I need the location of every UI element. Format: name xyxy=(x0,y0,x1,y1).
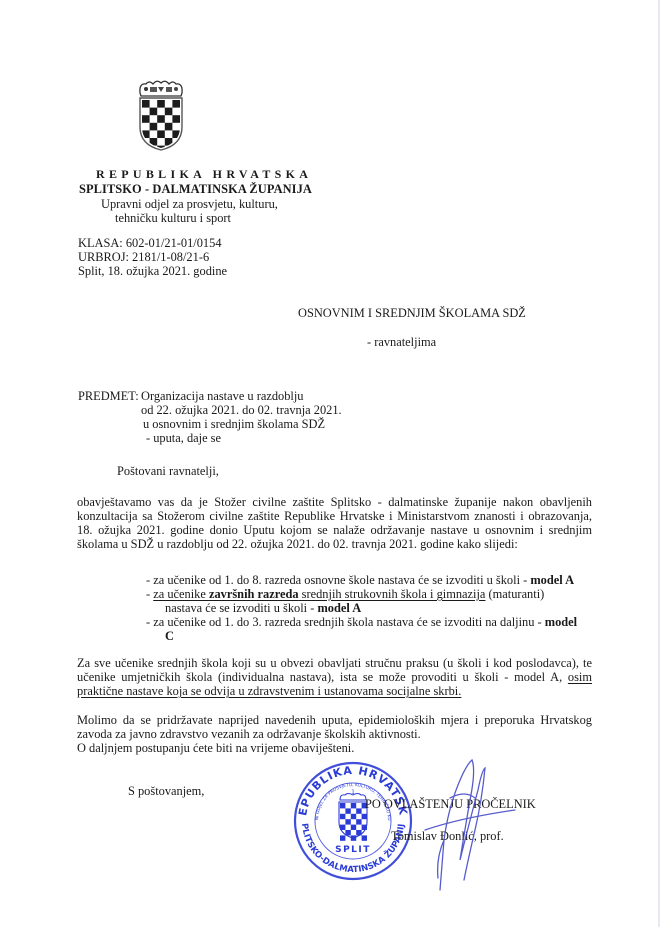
list-item-2-continued: nastava će se izvoditi u školi - model A xyxy=(165,601,361,615)
subject-line-3: u osnovnim i srednjim školama SDŽ xyxy=(143,417,325,431)
croatian-coat-of-arms-icon xyxy=(137,79,185,151)
official-round-stamp-icon: REPUBLIKA HRVATSKA SPLITSKO-DALMATINSKA … xyxy=(292,760,414,882)
handwritten-signature-icon xyxy=(420,740,550,900)
list-item-3: - za učenike od 1. do 3. razreda srednji… xyxy=(146,615,577,629)
place-date: Split, 18. ožujka 2021. godine xyxy=(78,264,227,278)
closing-line-1: Molimo da se pridržavate naprijed navede… xyxy=(77,713,592,727)
intro-line-3: 18. ožujka 2021. godine donio Uputu kojo… xyxy=(77,523,592,537)
practice-line-1: Za sve učenike srednjih škola koji su u … xyxy=(77,656,592,670)
closing-line-2: zavoda za javno zdravstvo vezanih za odr… xyxy=(77,727,421,741)
klasa-reference: KLASA: 602-01/21-01/0154 xyxy=(78,236,222,250)
subject-label: PREDMET: xyxy=(78,389,139,403)
model-label: model A xyxy=(530,573,574,587)
list-item-2: - za učenike završnih razreda srednjih s… xyxy=(146,587,544,601)
recipient-line-2: - ravnateljima xyxy=(367,335,436,349)
subject-line-4: - uputa, daje se xyxy=(146,431,221,445)
country-heading: REPUBLIKA HRVATSKA xyxy=(96,167,312,181)
svg-text:SPLIT: SPLIT xyxy=(335,845,371,855)
practice-line-2: učenike umjetničkih škola (individualna … xyxy=(77,670,592,684)
list-item-1: - za učenike od 1. do 8. razreda osnovne… xyxy=(146,573,574,587)
urbroj-reference: URBROJ: 2181/1-08/21-6 xyxy=(78,250,209,264)
signoff: S poštovanjem, xyxy=(128,784,204,798)
salutation: Poštovani ravnatelji, xyxy=(117,464,219,478)
intro-line-1: obavještavamo vas da je Stožer civilne z… xyxy=(77,495,592,509)
department-line-1: Upravni odjel za prosvjetu, kulturu, xyxy=(101,197,278,211)
model-label: model xyxy=(545,615,577,629)
practice-line-3: praktične nastave koja se odvija u zdrav… xyxy=(77,684,461,698)
department-line-2: tehničku kulturu i sport xyxy=(115,211,231,225)
recipient-line-1: OSNOVNIM I SREDNJIM ŠKOLAMA SDŽ xyxy=(298,306,526,320)
model-label: model A xyxy=(317,601,361,615)
intro-line-4: školama u SDŽ u razdoblju od 22. ožujka … xyxy=(77,537,592,551)
closing-line-3: O daljnjem postupanju ćete biti na vrije… xyxy=(77,741,354,755)
subject-line-1: Organizacija nastave u razdoblju xyxy=(141,389,304,403)
subject-line-2: od 22. ožujka 2021. do 02. travnja 2021. xyxy=(141,403,342,417)
intro-line-2: konzultacija sa Stožerom civilne zaštite… xyxy=(77,509,592,523)
county-heading: SPLITSKO - DALMATINSKA ŽUPANIJA xyxy=(79,182,312,196)
list-item-3-continued: C xyxy=(165,629,174,643)
